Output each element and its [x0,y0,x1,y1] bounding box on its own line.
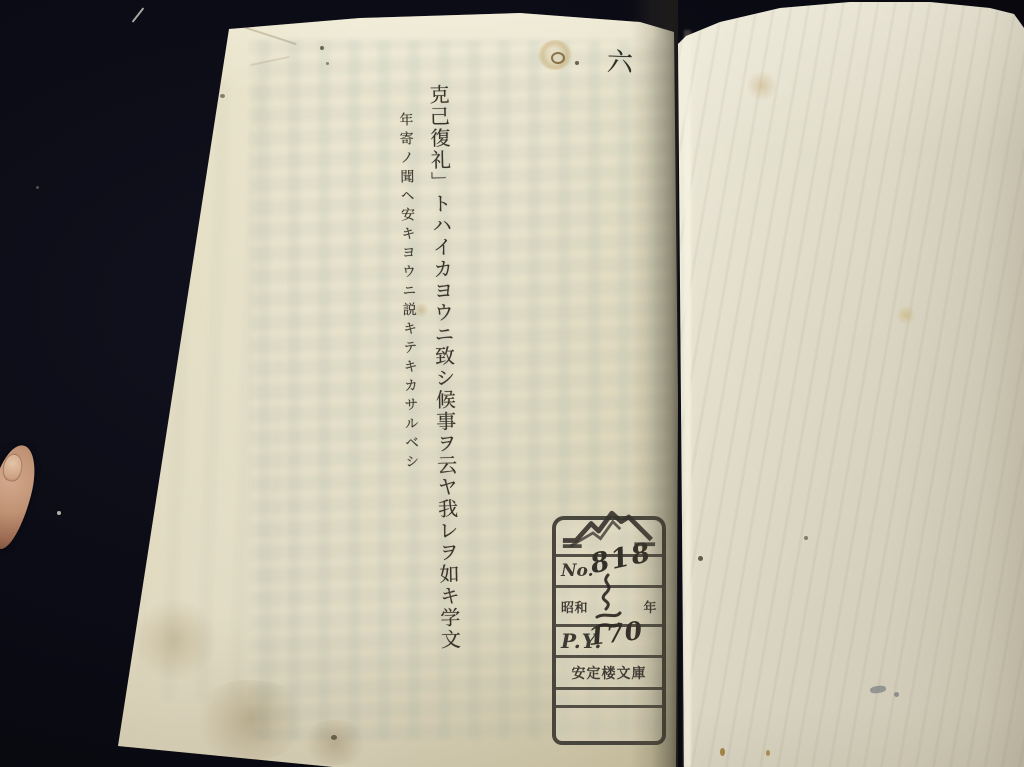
dust-fleck [36,186,39,189]
dust-fiber [132,7,145,22]
dust-fleck [57,511,61,515]
right-page [670,0,1024,767]
paper-speck [326,62,329,65]
paper-stain [895,306,917,324]
ink-smudge [870,685,887,694]
stamp-era-label: 昭和 [561,597,588,616]
finger [0,441,42,553]
paper-stain [745,72,779,100]
paper-speck [320,46,324,50]
page-fold-highlight [684,30,691,767]
ink-drip [766,750,770,756]
paper-stain [551,52,565,64]
paper-speck [698,556,703,561]
paper-stain [300,720,370,765]
paper-speck [331,735,337,740]
fingernail [1,452,25,483]
paper-speck [162,419,166,423]
ink-smudge [894,692,899,697]
paper-speck [804,536,808,540]
photo-open-manuscript-book: 六 克己復礼」トハイカヨウニ致シ候事ヲ云ヤ我レヲ如キ学文 年寄ノ聞ヘ安キヨウニ説… [0,0,1024,767]
paper-stain [130,600,220,680]
page-gutter-shadow [630,0,678,767]
ink-drip [720,748,725,756]
left-page: 六 克己復礼」トハイカヨウニ致シ候事ヲ云ヤ我レヲ如キ学文 年寄ノ聞ヘ安キヨウニ説… [0,0,700,767]
paper-stain [190,680,310,760]
paper-speck [220,94,225,98]
stamp-no-label: No. [561,561,594,581]
paper-speck [575,61,579,65]
